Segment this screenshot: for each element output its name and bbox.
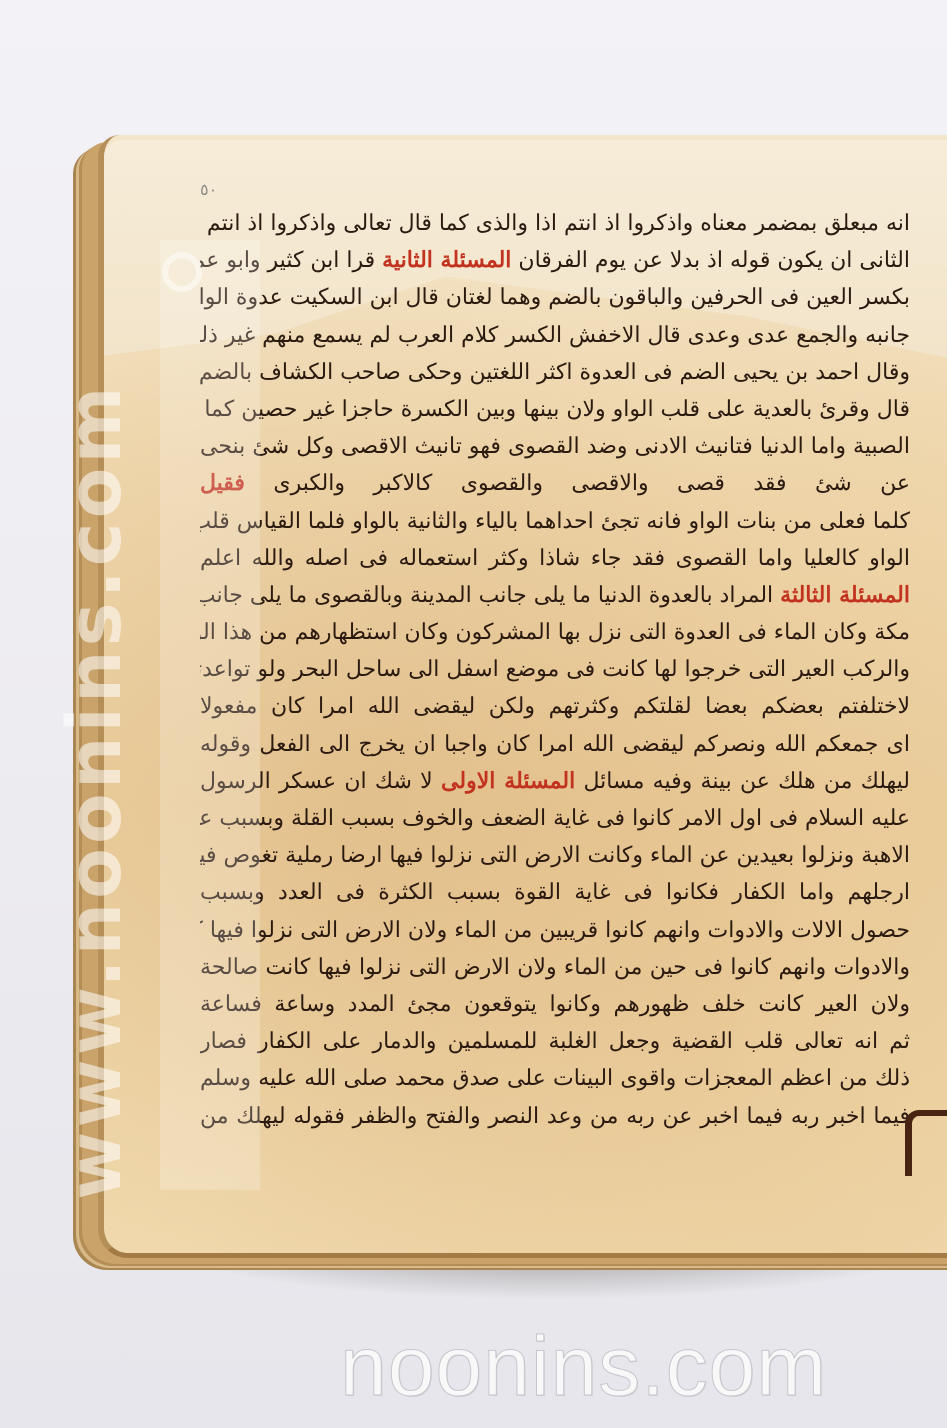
text-line-24: ذلك من اعظم المعجزات واقوى البينات على ص…: [200, 1060, 910, 1097]
text-line-1: انه مبعلق بمضمر معناه واذكروا اذ انتم اذ…: [200, 205, 910, 242]
text-line-22: ولان العير كانت خلف ظهورهم وكانوا يتوقعو…: [200, 986, 910, 1023]
margin-ink-mark: [905, 1110, 947, 1176]
rubric-heading: المسئلة الاولى: [441, 768, 575, 794]
text-line-23: ثم انه تعالى قلب القضية وجعل الغلبة للمس…: [200, 1023, 910, 1060]
text-line-20: حصول الالات والادوات وانهم كانوا قريبين …: [200, 912, 910, 949]
text-line-19: ارجلهم واما الكفار فكانوا فى غاية القوة …: [200, 874, 910, 911]
text-line-10: الواو كالعليا واما القصوى فقد جاء شاذا و…: [200, 540, 910, 577]
text-line-3: بكسر العين فى الحرفين والباقون بالضم وهم…: [200, 279, 910, 316]
text-line-17: عليه السلام فى اول الامر كانوا فى غاية ا…: [200, 800, 910, 837]
text-line-4: جانبه والجمع عدى وعدى قال الاخفش الكسر ك…: [200, 317, 910, 354]
text-line-7: الصبية واما الدنيا فتانيث الادنى وضد الق…: [200, 428, 910, 465]
text-line-16: ليهلك من هلك عن بينة وفيه مسائل المسئلة …: [200, 763, 910, 800]
text-line-6: قال وقرئ بالعدية على قلب الواو ولان بينه…: [200, 391, 910, 428]
side-watermark: www.noonins.com: [52, 200, 138, 1200]
text-line-2: الثانى ان يكون قوله اذ بدلا عن يوم الفرق…: [200, 242, 910, 279]
text-line-15: اى جمعكم الله ونصركم ليقضى الله امرا كان…: [200, 726, 910, 763]
text-line-14: لاختلفتم بعضكم بعضا لقلتكم وكثرتهم ولكن …: [200, 688, 910, 725]
text-line-21: والادوات وانهم كانوا فى حين من الماء ولا…: [200, 949, 910, 986]
text-line-18: الاهبة ونزلوا بعيدين عن الماء وكانت الار…: [200, 837, 910, 874]
text-line-8: عن شئ فقد قصى والاقصى والقصوى كالاكبر وا…: [200, 465, 910, 502]
text-line-9: كلما فعلى من بنات الواو فانه تجئ احداهما…: [200, 503, 910, 540]
text-line-11: المسئلة الثالثة المراد بالعدوة الدنيا ما…: [200, 577, 910, 614]
rubric-heading: المسئلة الثالثة: [780, 582, 910, 608]
text-line-25: فيما اخبر ربه فيما اخبر عن ربه من وعد ال…: [200, 1098, 910, 1135]
text-line-12: مكة وكان الماء فى العدوة التى نزل بها ال…: [200, 614, 910, 651]
folio-number: ٥٠: [200, 180, 217, 199]
bottom-watermark: noonins.com: [340, 1318, 827, 1415]
copyright-icon: [162, 252, 202, 292]
text-line-13: والركب العير التى خرجوا لها كانت فى موضع…: [200, 651, 910, 688]
rubric-heading: المسئلة الثانية: [382, 247, 511, 273]
text-line-5: وقال احمد بن يحيى الضم فى العدوة اكثر ال…: [200, 354, 910, 391]
manuscript-text: انه مبعلق بمضمر معناه واذكروا اذ انتم اذ…: [200, 205, 910, 1135]
watermark-strip: [160, 240, 260, 1190]
